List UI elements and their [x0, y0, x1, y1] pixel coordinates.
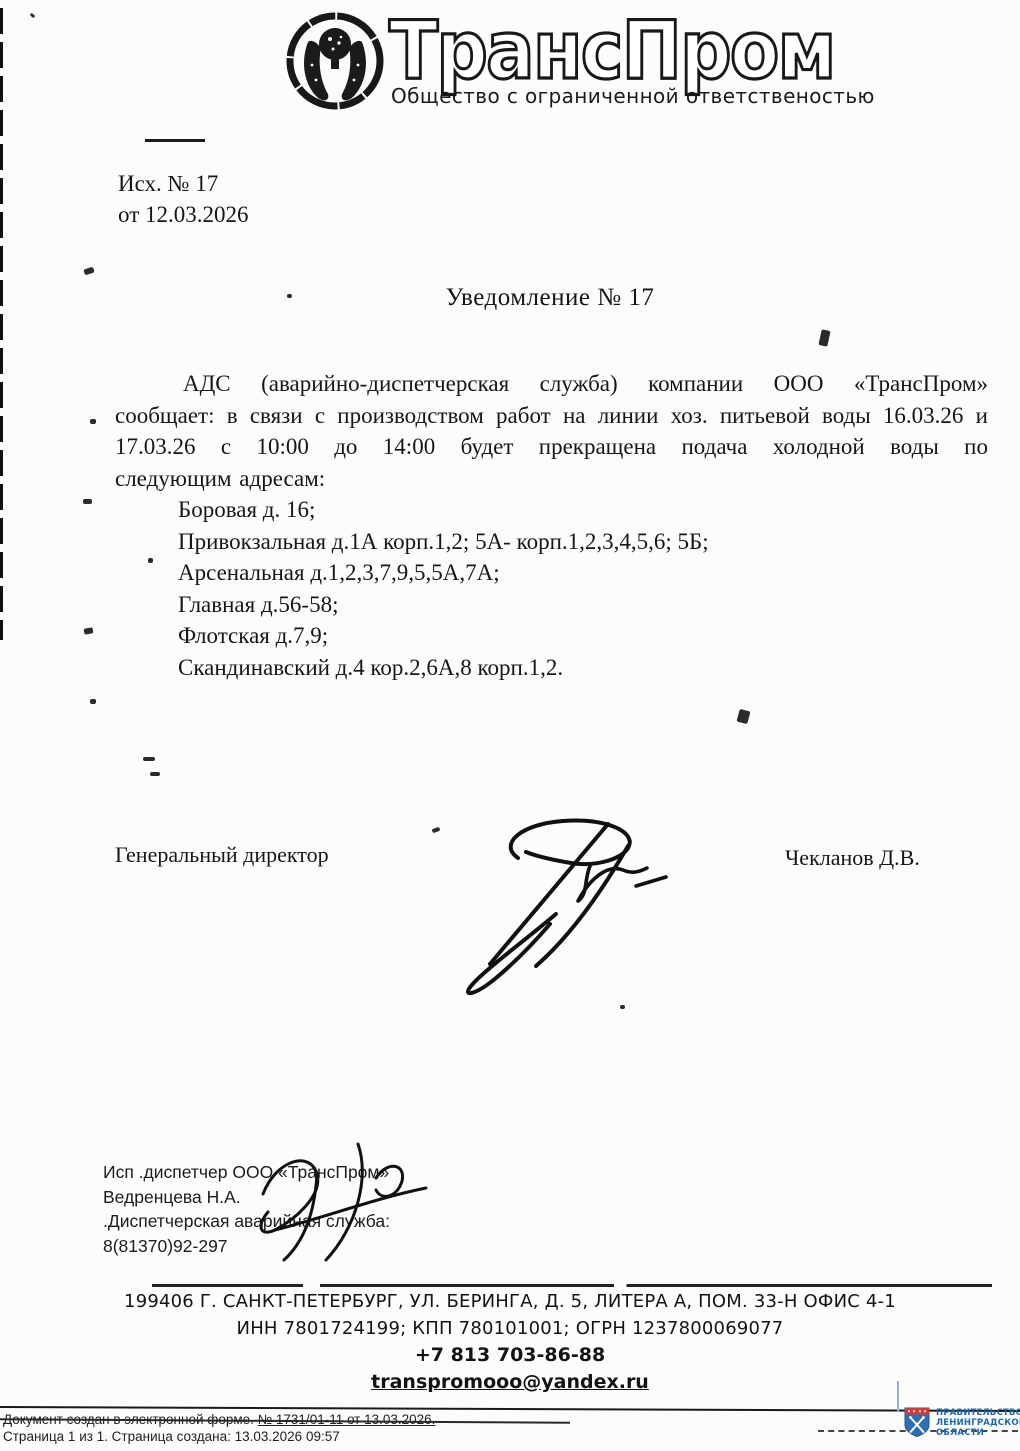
address-item: Скандинавский д.4 кор.2,6А,8 корп.1,2.: [178, 652, 709, 684]
director-name: Чекланов Д.В.: [785, 845, 920, 871]
company-requisites: ИНН 7801724199; КПП 780101001; ОГРН 1237…: [20, 1315, 1000, 1342]
transprom-logo-icon: [283, 10, 387, 114]
document-title: Уведомление № 17: [40, 284, 1020, 312]
address-list: Боровая д. 16; Привокзальная д.1А корп.1…: [178, 494, 709, 683]
scan-artifact: [287, 294, 292, 298]
address-item: Боровая д. 16;: [178, 494, 709, 526]
outgoing-ref: Исх. № 17 от 12.03.2026: [118, 168, 249, 230]
scan-artifact: [84, 627, 94, 634]
system-created-number: № 1731/01-11 от 13.03.2026.: [258, 1412, 436, 1427]
company-subtitle: Общество с ограниченной ответственостью: [391, 84, 875, 108]
scan-artifact: [148, 558, 153, 563]
scan-artifact: [143, 757, 155, 761]
company-address: 199406 Г. САНКТ-ПЕТЕРБУРГ, УЛ. БЕРИНГА, …: [20, 1288, 1000, 1315]
gov-label: ПРАВИТЕЛЬСТВО ЛЕНИНГРАДСКОЙ ОБЛАСТИ: [936, 1409, 1020, 1438]
paragraph-line: следующим адресам:: [115, 463, 988, 495]
address-item: Флотская д.7,9;: [178, 620, 709, 652]
address-item: Арсенальная д.1,2,3,7,9,5,5А,7А;: [178, 557, 709, 589]
scan-artifact: [0, 8, 3, 640]
system-page-info: Страница 1 из 1. Страница создана: 13.03…: [3, 1429, 340, 1444]
address-item: Главная д.56-58;: [178, 589, 709, 621]
address-item: Привокзальная д.1А корп.1,2; 5А- корп.1,…: [178, 526, 709, 558]
scan-artifact: [150, 772, 160, 776]
scan-artifact: [83, 499, 92, 504]
system-created-prefix: Документ создан в электронной форме.: [3, 1412, 258, 1427]
company-email: transpromooo@yandex.ru: [20, 1369, 1000, 1395]
system-created-line: Документ создан в электронной форме. № 1…: [3, 1412, 435, 1427]
scanned-document-page: ТрансПром Общество с ограниченной ответс…: [0, 0, 1020, 1451]
director-signature: [438, 806, 700, 998]
outgoing-number: Исх. № 17: [118, 168, 249, 199]
scan-artifact: [145, 139, 205, 142]
scan-artifact: [620, 1005, 625, 1009]
scan-artifact: [737, 709, 751, 724]
scan-artifact: [818, 329, 830, 347]
gov-label-line: ОБЛАСТИ: [936, 1429, 1020, 1439]
paragraph-line: АДС (аварийно-диспетчерская служба) комп…: [115, 368, 988, 400]
contacts-block: 199406 Г. САНКТ-ПЕТЕРБУРГ, УЛ. БЕРИНГА, …: [20, 1288, 1000, 1395]
company-phone: +7 813 703-86-88: [20, 1342, 1000, 1369]
director-position-label: Генеральный директор: [115, 842, 329, 868]
paragraph-line: 17.03.26 с 10:00 до 14:00 будет прекраще…: [115, 431, 988, 463]
body-paragraph: АДС (аварийно-диспетчерская служба) комп…: [115, 368, 988, 494]
scan-artifact: [30, 13, 36, 19]
dispatcher-signature: [218, 1136, 432, 1264]
outgoing-date: от 12.03.2026: [118, 199, 249, 230]
scan-artifact: [90, 699, 96, 704]
scan-artifact: [83, 267, 94, 276]
footer-divider-line: [152, 1284, 992, 1287]
paragraph-line: сообщает: в связи с производством работ …: [115, 400, 988, 432]
scan-artifact: [90, 419, 96, 424]
leningrad-oblast-crest-icon: [904, 1407, 930, 1437]
gov-divider-line: [897, 1381, 899, 1412]
